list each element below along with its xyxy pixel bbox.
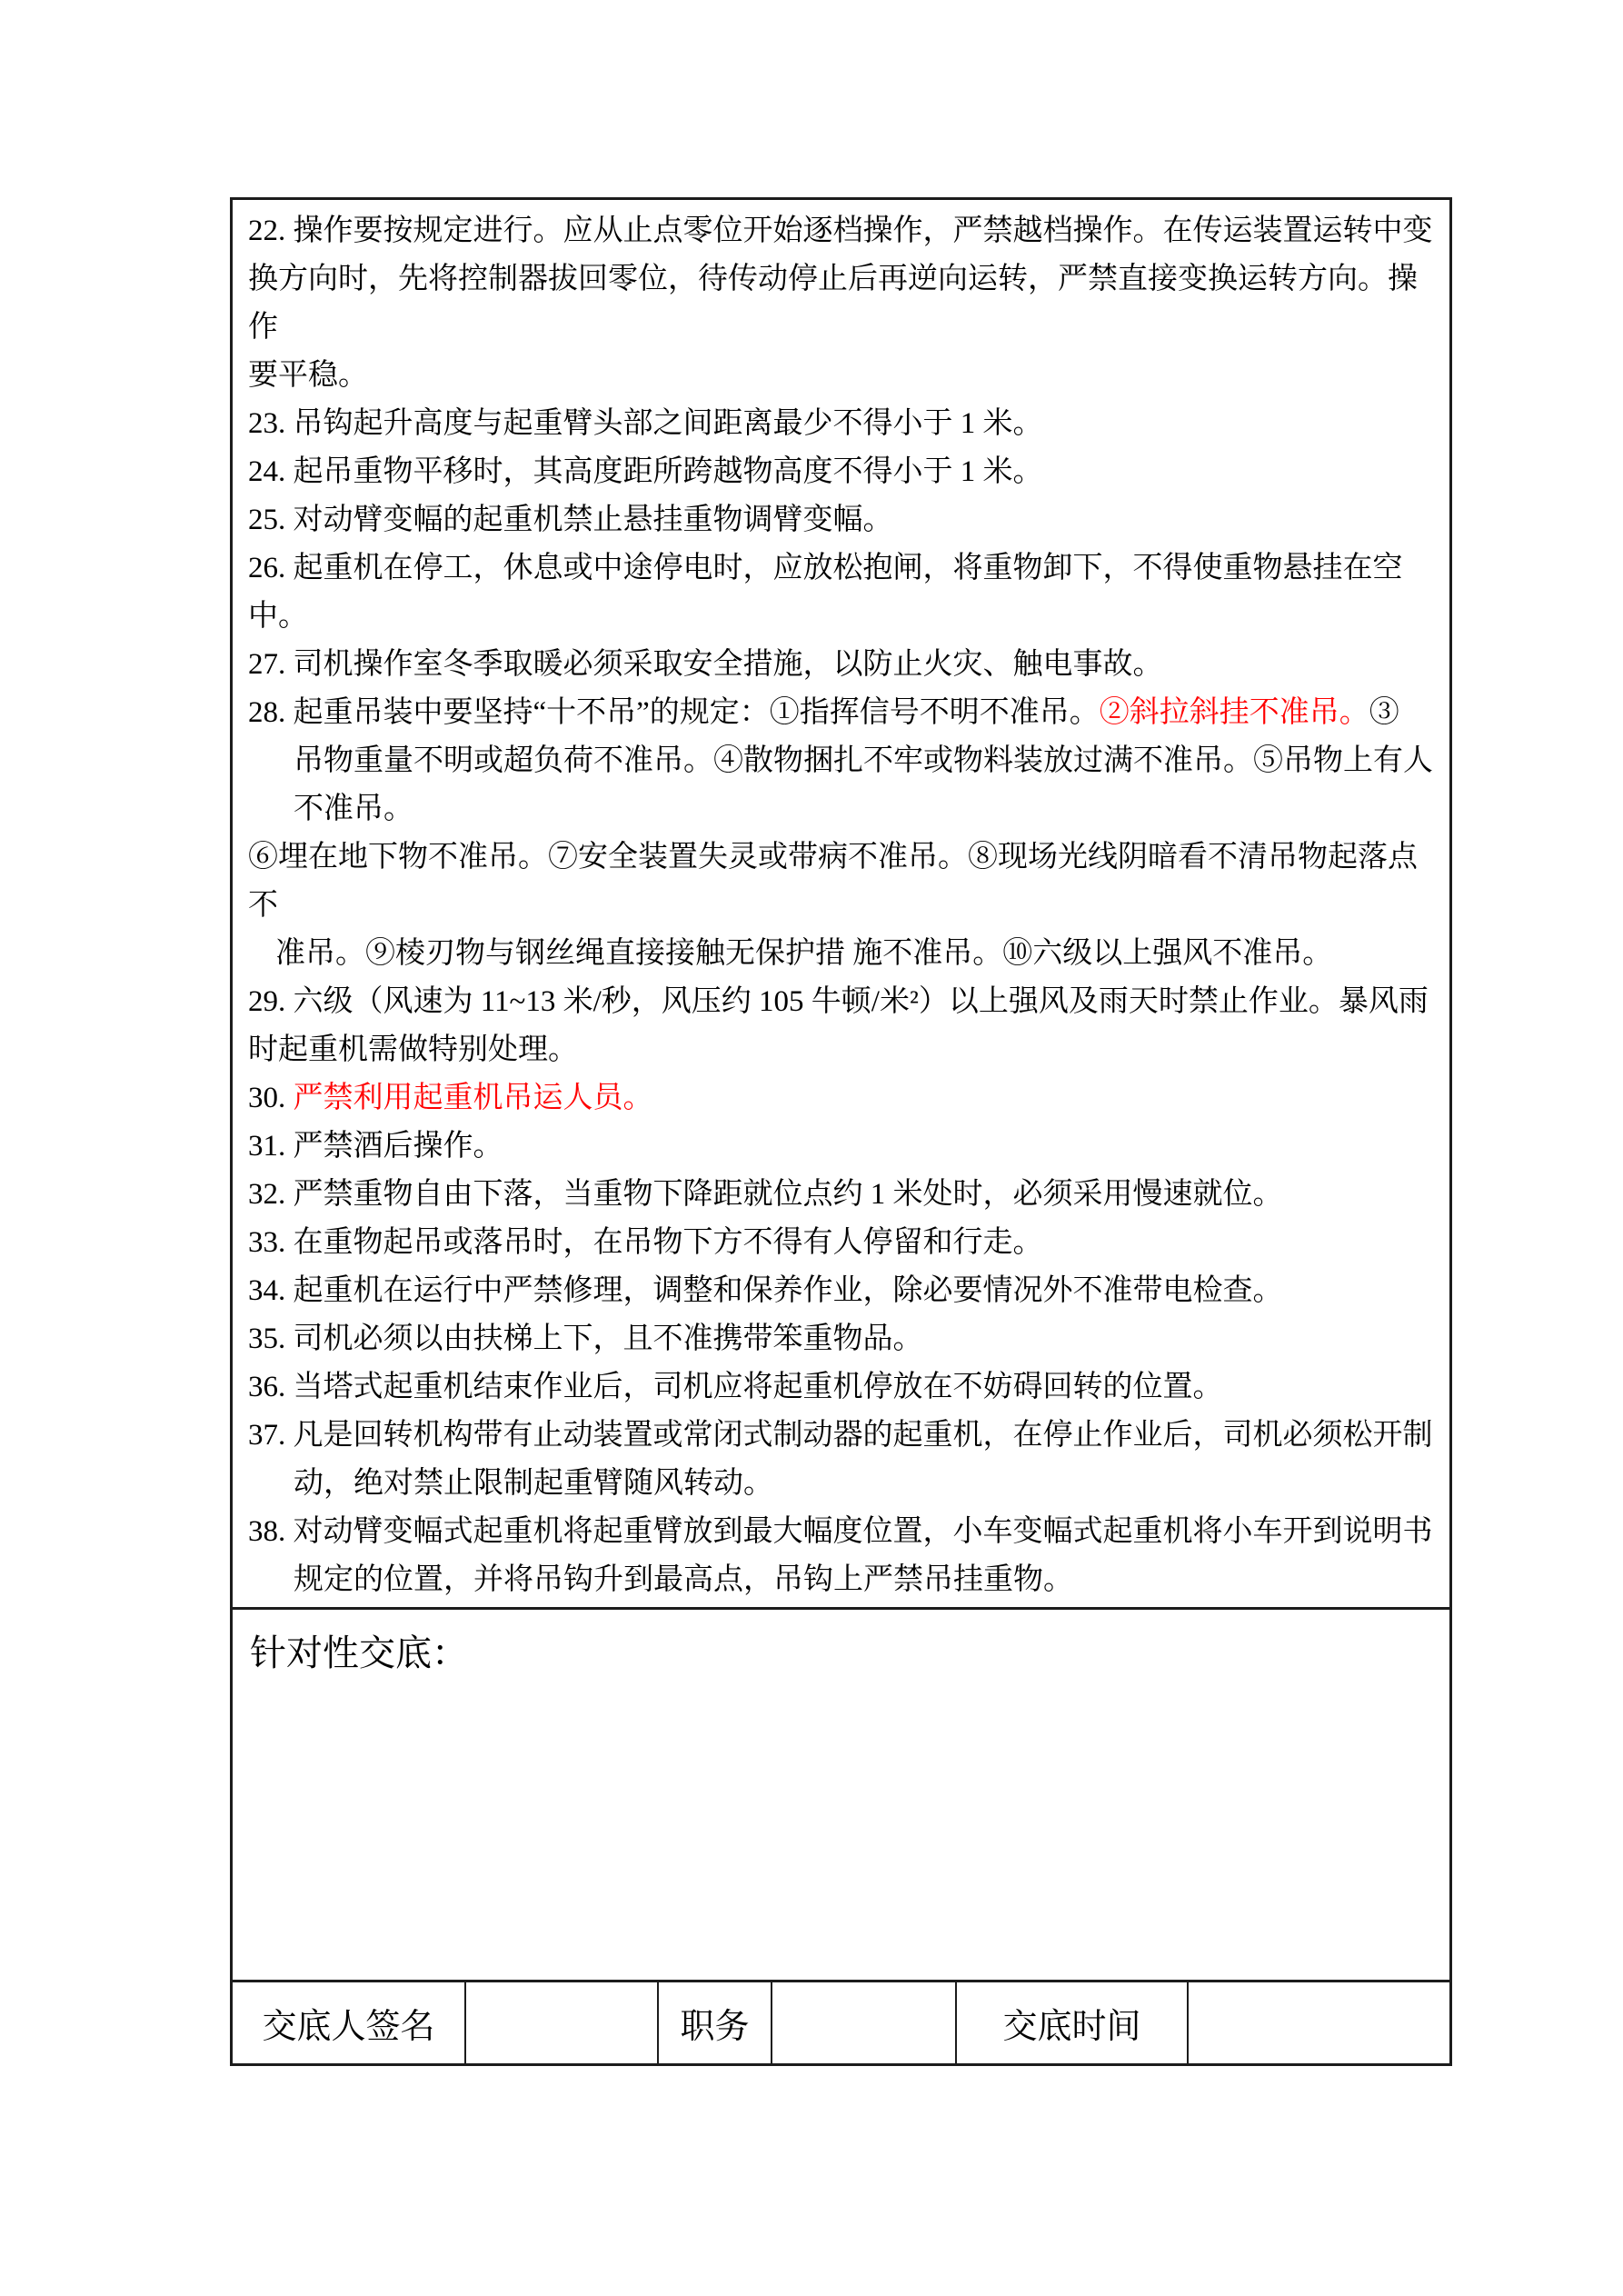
document-page: 22. 操作要按规定进行。应从止点零位开始逐档操作，严禁越档操作。在传运装置运转… bbox=[0, 0, 1623, 2296]
rule-text: 换方向时，先将控制器拔回零位，待传动停止后再逆向运转，严禁直接变换运转方向。操作 bbox=[248, 263, 1418, 344]
rule-text: 36. 当塔式起重机结束作业后，司机应将起重机停放在不妨碍回转的位置。 bbox=[248, 1371, 1223, 1403]
rule-text: 32. 严禁重物自由下落，当重物下降距就位点约 1 米处时，必须采用慢速就位。 bbox=[248, 1178, 1283, 1211]
rule-22-line: 换方向时，先将控制器拔回零位，待传动停止后再逆向运转，严禁直接变换运转方向。操作 bbox=[248, 255, 1435, 352]
signature-row: 交底人签名 职务 交底时间 bbox=[233, 1982, 1449, 2063]
rule-33-line: 33. 在重物起吊或落吊时，在吊物下方不得有人停留和行走。 bbox=[248, 1219, 1435, 1267]
rule-text: ⑥埋在地下物不准吊。⑦安全装置失灵或带病不准吊。⑧现场光线阴暗看不清吊物起落点不 bbox=[248, 841, 1418, 922]
rule-text: 时起重机需做特别处理。 bbox=[248, 1033, 578, 1066]
rule-30-line: 30. 严禁利用起重机吊运人员。 bbox=[248, 1074, 1435, 1123]
rule-35-line: 35. 司机必须以由扶梯上下，且不准携带笨重物品。 bbox=[248, 1315, 1435, 1363]
rule-37-line: 37. 凡是回转机构带有止动装置或常闭式制动器的起重机，在停止作业后，司机必须松… bbox=[248, 1412, 1435, 1460]
rule-28b-line: 准吊。⑨棱刃物与钢丝绳直接接触无保护措 施不准吊。⑩六级以上强风不准吊。 bbox=[248, 930, 1435, 978]
briefing-time-value bbox=[1189, 1982, 1449, 2063]
rule-27-line: 27. 司机操作室冬季取暖必须采取安全措施，以防止火灾、触电事故。 bbox=[248, 641, 1435, 689]
rule-32-line: 32. 严禁重物自由下落，当重物下降距就位点约 1 米处时，必须采用慢速就位。 bbox=[248, 1171, 1435, 1219]
rule-text: 动，绝对禁止限制起重臂随风转动。 bbox=[294, 1467, 773, 1500]
briefer-signature-label: 交底人签名 bbox=[233, 1982, 466, 2063]
rule-text: 27. 司机操作室冬季取暖必须采取安全措施，以防止火灾、触电事故。 bbox=[248, 648, 1163, 681]
rule-38-line: 38. 对动臂变幅式起重机将起重臂放到最大幅度位置，小车变幅式起重机将小车开到说… bbox=[248, 1508, 1435, 1556]
rule-text: 吊物重量不明或超负荷不准吊。④散物捆扎不牢或物料装放过满不准吊。⑤吊物上有人 bbox=[294, 744, 1433, 777]
rule-text: 不准吊。 bbox=[294, 793, 413, 825]
rule-text: 34. 起重机在运行中严禁修理，调整和保养作业，除必要情况外不准带电检查。 bbox=[248, 1274, 1283, 1307]
targeted-briefing-heading: 针对性交底： bbox=[250, 1630, 1449, 1677]
position-value bbox=[772, 1982, 957, 2063]
rule-34-line: 34. 起重机在运行中严禁修理，调整和保养作业，除必要情况外不准带电检查。 bbox=[248, 1267, 1435, 1315]
rule-24-line: 24. 起吊重物平移时，其高度距所跨越物高度不得小于 1 米。 bbox=[248, 448, 1435, 496]
briefing-time-label: 交底时间 bbox=[957, 1982, 1189, 2063]
rule-text: 37. 凡是回转机构带有止动装置或常闭式制动器的起重机，在停止作业后，司机必须松… bbox=[248, 1419, 1433, 1452]
rule-text: 26. 起重机在停工，休息或中途停电时，应放松抱闸，将重物卸下，不得使重物悬挂在… bbox=[248, 552, 1403, 633]
safety-disclosure-table: 22. 操作要按规定进行。应从止点零位开始逐档操作，严禁越档操作。在传运装置运转… bbox=[230, 197, 1452, 2066]
briefer-signature-value bbox=[466, 1982, 659, 2063]
rule-text-red: 严禁利用起重机吊运人员。 bbox=[294, 1082, 653, 1114]
rule-22-line: 22. 操作要按规定进行。应从止点零位开始逐档操作，严禁越档操作。在传运装置运转… bbox=[248, 207, 1435, 255]
rule-text: 准吊。⑨棱刃物与钢丝绳直接接触无保护措 施不准吊。⑩六级以上强风不准吊。 bbox=[275, 937, 1332, 970]
safety-rules-section: 22. 操作要按规定进行。应从止点零位开始逐档操作，严禁越档操作。在传运装置运转… bbox=[233, 200, 1449, 1610]
rule-text: 31. 严禁酒后操作。 bbox=[248, 1130, 503, 1163]
rule-36-line: 36. 当塔式起重机结束作业后，司机应将起重机停放在不妨碍回转的位置。 bbox=[248, 1363, 1435, 1412]
rule-text: 22. 操作要按规定进行。应从止点零位开始逐档操作，严禁越档操作。在传运装置运转… bbox=[248, 215, 1433, 247]
rule-28-line: 吊物重量不明或超负荷不准吊。④散物捆扎不牢或物料装放过满不准吊。⑤吊物上有人 bbox=[248, 737, 1435, 785]
rule-28-line: 不准吊。 bbox=[248, 785, 1435, 834]
rule-text-red: ②斜拉斜挂不准吊。 bbox=[1100, 696, 1369, 729]
rule-text: 29. 六级（风速为 11~13 米/秒，风压约 105 牛顿/米²）以上强风及… bbox=[248, 985, 1429, 1018]
rule-23-line: 23. 吊钩起升高度与起重臂头部之间距离最少不得小于 1 米。 bbox=[248, 400, 1435, 448]
rule-text: 30. bbox=[248, 1082, 294, 1114]
rule-37-line: 动，绝对禁止限制起重臂随风转动。 bbox=[248, 1460, 1435, 1508]
rule-text: 23. 吊钩起升高度与起重臂头部之间距离最少不得小于 1 米。 bbox=[248, 407, 1043, 440]
rule-25-line: 25. 对动臂变幅的起重机禁止悬挂重物调臂变幅。 bbox=[248, 496, 1435, 544]
rule-26-line: 26. 起重机在停工，休息或中途停电时，应放松抱闸，将重物卸下，不得使重物悬挂在… bbox=[248, 544, 1435, 641]
rule-31-line: 31. 严禁酒后操作。 bbox=[248, 1123, 1435, 1171]
rule-text: 24. 起吊重物平移时，其高度距所跨越物高度不得小于 1 米。 bbox=[248, 455, 1043, 488]
rule-29-line: 时起重机需做特别处理。 bbox=[248, 1026, 1435, 1074]
rule-28-line: 28. 起重吊装中要坚持“十不吊”的规定：①指挥信号不明不准吊。②斜拉斜挂不准吊… bbox=[248, 689, 1435, 737]
rule-22-line: 要平稳。 bbox=[248, 352, 1435, 400]
targeted-briefing-section: 针对性交底： bbox=[233, 1610, 1449, 1982]
rules-list: 22. 操作要按规定进行。应从止点零位开始逐档操作，严禁越档操作。在传运装置运转… bbox=[233, 200, 1449, 1610]
rule-text: 25. 对动臂变幅的起重机禁止悬挂重物调臂变幅。 bbox=[248, 504, 893, 536]
rule-text: 规定的位置，并将吊钩升到最高点，吊钩上严禁吊挂重物。 bbox=[294, 1563, 1073, 1596]
rule-38-line: 规定的位置，并将吊钩升到最高点，吊钩上严禁吊挂重物。 bbox=[248, 1556, 1435, 1604]
position-label: 职务 bbox=[659, 1982, 772, 2063]
rule-text: 33. 在重物起吊或落吊时，在吊物下方不得有人停留和行走。 bbox=[248, 1226, 1043, 1259]
rule-text: 35. 司机必须以由扶梯上下，且不准携带笨重物品。 bbox=[248, 1323, 923, 1355]
rule-text: 28. 起重吊装中要坚持“十不吊”的规定：①指挥信号不明不准吊。 bbox=[248, 696, 1100, 729]
rule-text: 要平稳。 bbox=[248, 359, 368, 392]
rule-text: 38. 对动臂变幅式起重机将起重臂放到最大幅度位置，小车变幅式起重机将小车开到说… bbox=[248, 1515, 1433, 1548]
rule-28b-line: ⑥埋在地下物不准吊。⑦安全装置失灵或带病不准吊。⑧现场光线阴暗看不清吊物起落点不 bbox=[248, 834, 1435, 930]
rule-29-line: 29. 六级（风速为 11~13 米/秒，风压约 105 牛顿/米²）以上强风及… bbox=[248, 978, 1435, 1026]
rule-text: ③ bbox=[1369, 696, 1399, 729]
